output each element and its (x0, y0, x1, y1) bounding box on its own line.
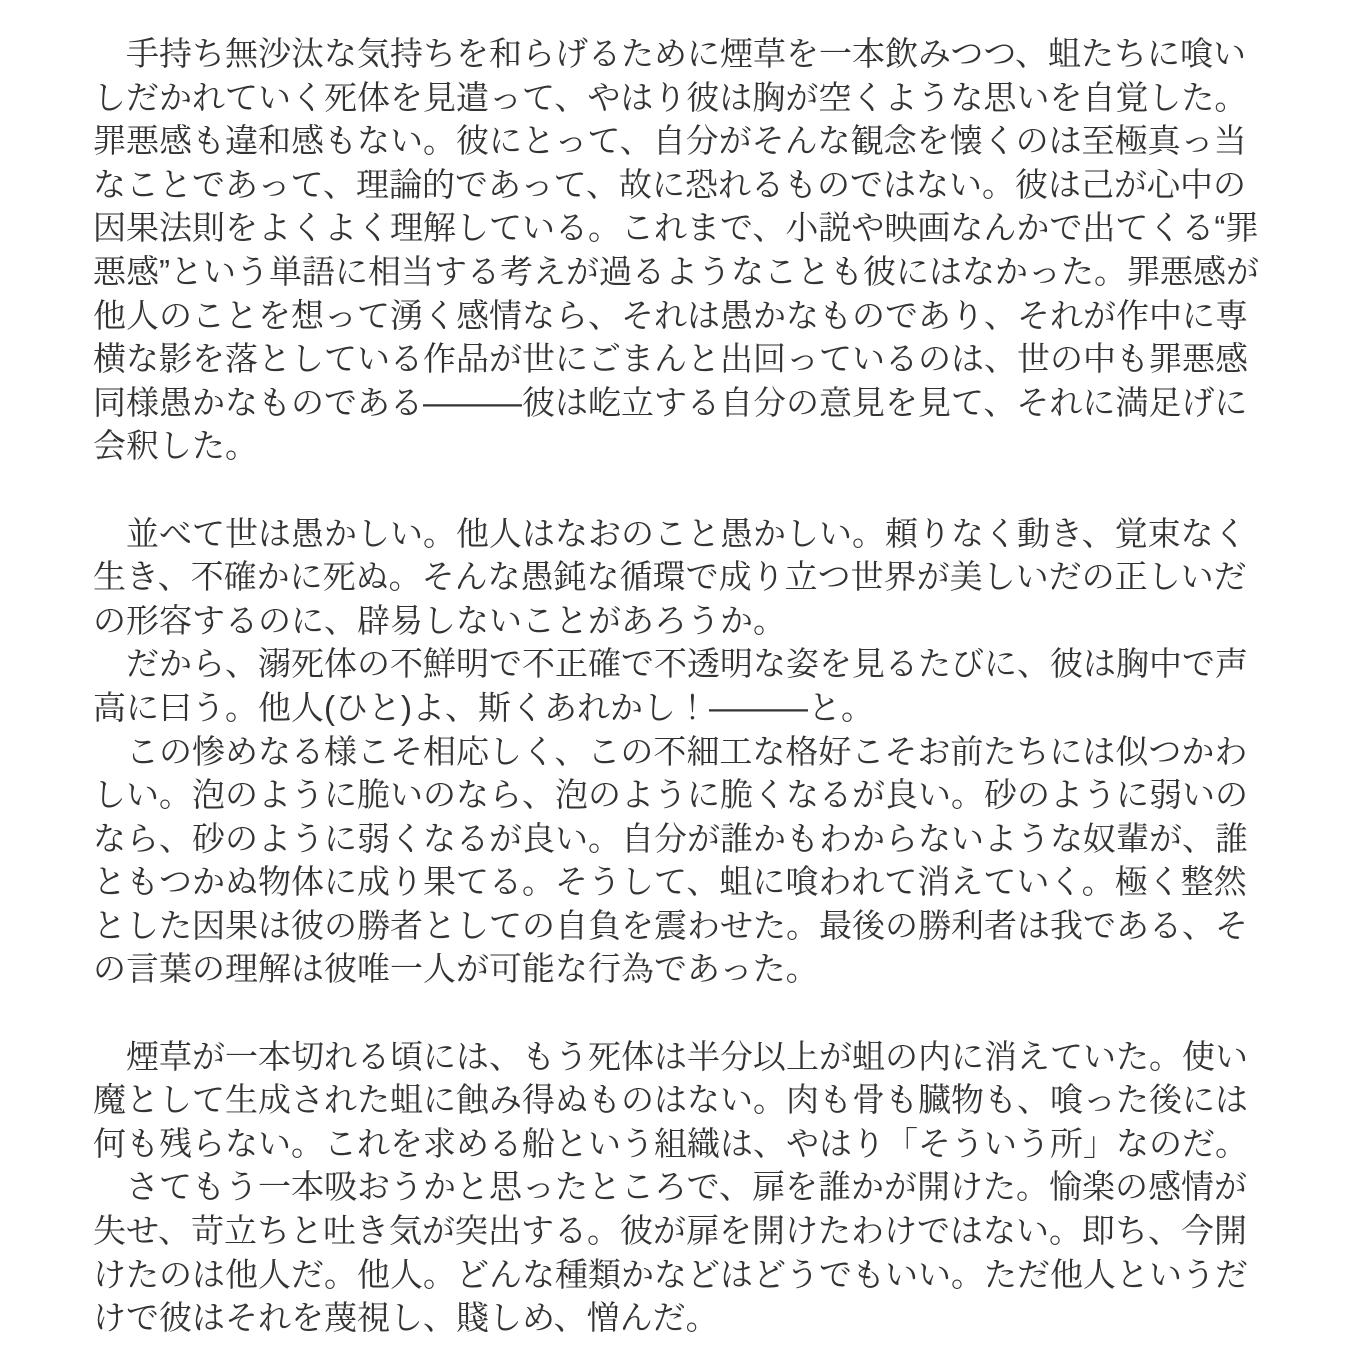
text-line: なら、砂のように弱くなるが良い。自分が誰かもわからないような奴輩が、誰 (93, 817, 1290, 861)
paragraph: さてもう一本吸おうかと思ったところで、扉を誰かが開けた。愉楽の感情が失せ、苛立ち… (93, 1165, 1290, 1339)
text-line: の形容するのに、辟易しないことがあろうか。 (93, 599, 1290, 643)
text-line: 生き、不確かに死ぬ。そんな愚鈍な循環で成り立つ世界が美しいだの正しいだ (93, 555, 1290, 599)
paragraph: この惨めなる様こそ相応しく、この不細工な格好こそお前たちには似つかわしい。泡のよ… (93, 730, 1290, 992)
text-line: この惨めなる様こそ相応しく、この不細工な格好こそお前たちには似つかわ (93, 730, 1290, 774)
paragraph: 並べて世は愚かしい。他人はなおのこと愚かしい。頼りなく動き、覚束なく生き、不確か… (93, 512, 1290, 643)
text-line: とした因果は彼の勝者としての自負を震わせた。最後の勝利者は我である、そ (93, 904, 1290, 948)
text-line: 魔として生成された蛆に蝕み得ぬものはない。肉も骨も臓物も、喰った後には (93, 1078, 1290, 1122)
text-line: さてもう一本吸おうかと思ったところで、扉を誰かが開けた。愉楽の感情が (93, 1165, 1290, 1209)
text-line: 他人のことを想って湧く感情なら、それは愚かなものであり、それが作中に専 (93, 294, 1290, 338)
text-line: だから、溺死体の不鮮明で不正確で不透明な姿を見るたびに、彼は胸中で声 (93, 642, 1290, 686)
paragraph: 煙草が一本切れる頃には、もう死体は半分以上が蛆の内に消えていた。使い魔として生成… (93, 1035, 1290, 1166)
text-line: しい。泡のように脆いのなら、泡のように脆くなるが良い。砂のように弱いの (93, 773, 1290, 817)
novel-text-page: 手持ち無沙汰な気持ちを和らげるために煙草を一本飲みつつ、蛆たちに喰いしだかれてい… (0, 0, 1350, 1365)
text-line: 罪悪感も違和感もない。彼にとって、自分がそんな観念を懐くのは至極真っ当 (93, 119, 1290, 163)
text-line: しだかれていく死体を見遣って、やはり彼は胸が空くような思いを自覚した。 (93, 76, 1290, 120)
text-line: の言葉の理解は彼唯一人が可能な行為であった。 (93, 947, 1290, 991)
text-line: 会釈した。 (93, 424, 1290, 468)
text-line: なことであって、理論的であって、故に恐れるものではない。彼は己が心中の (93, 163, 1290, 207)
text-line: 煙草が一本切れる頃には、もう死体は半分以上が蛆の内に消えていた。使い (93, 1035, 1290, 1079)
text-line: 高に曰う。他人(ひと)よ、斯くあれかし！―――と。 (93, 686, 1290, 730)
text-line: ともつかぬ物体に成り果てる。そうして、蛆に喰われて消えていく。極く整然 (93, 860, 1290, 904)
text-line: 何も残らない。これを求める船という組織は、やはり「そういう所」なのだ。 (93, 1122, 1290, 1166)
text-line: 因果法則をよくよく理解している。これまで、小説や映画なんかで出てくる“罪 (93, 206, 1290, 250)
text-line: 並べて世は愚かしい。他人はなおのこと愚かしい。頼りなく動き、覚束なく (93, 512, 1290, 556)
text-line: 同様愚かなものである―――彼は屹立する自分の意見を見て、それに満足げに (93, 381, 1290, 425)
paragraph-spacer (93, 991, 1290, 1035)
text-line: 横な影を落としている作品が世にごまんと出回っているのは、世の中も罪悪感 (93, 337, 1290, 381)
text-line: 悪感”という単語に相当する考えが過るようなことも彼にはなかった。罪悪感が (93, 250, 1290, 294)
text-line: けで彼はそれを蔑視し、賤しめ、憎んだ。 (93, 1296, 1290, 1340)
text-line: 失せ、苛立ちと吐き気が突出する。彼が扉を開けたわけではない。即ち、今開 (93, 1209, 1290, 1253)
text-line: 手持ち無沙汰な気持ちを和らげるために煙草を一本飲みつつ、蛆たちに喰い (93, 32, 1290, 76)
text-line: けたのは他人だ。他人。どんな種類かなどはどうでもいい。ただ他人というだ (93, 1253, 1290, 1297)
paragraph-spacer (93, 468, 1290, 512)
paragraph: 手持ち無沙汰な気持ちを和らげるために煙草を一本飲みつつ、蛆たちに喰いしだかれてい… (93, 32, 1290, 468)
paragraph: だから、溺死体の不鮮明で不正確で不透明な姿を見るたびに、彼は胸中で声高に曰う。他… (93, 642, 1290, 729)
